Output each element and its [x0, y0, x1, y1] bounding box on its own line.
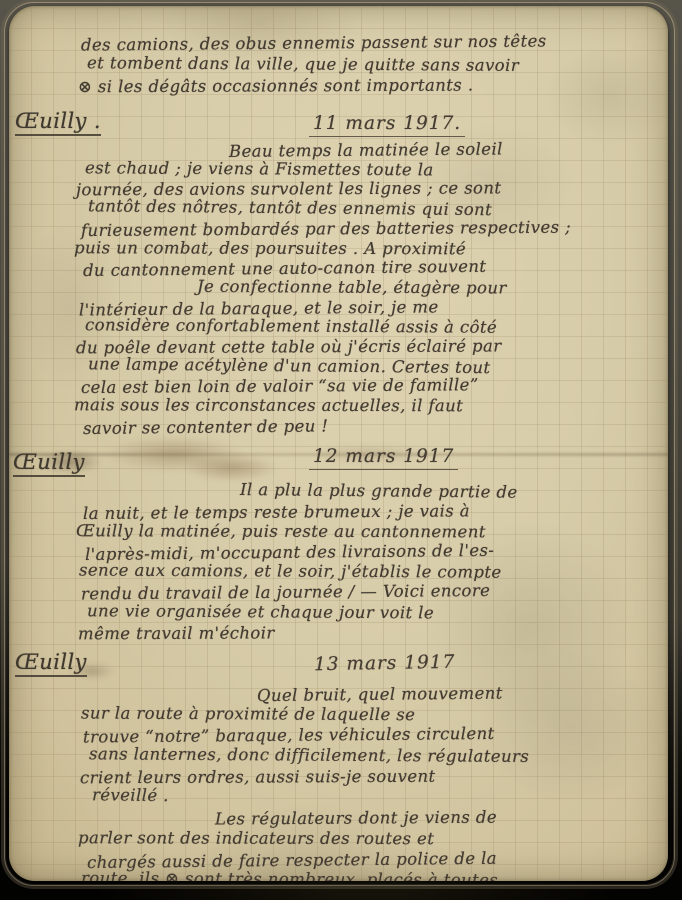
- entry-body: Il a plu la plus grande partie dela nuit…: [81, 482, 656, 643]
- handwritten-line: Les régulateurs dont je viens de: [215, 807, 658, 831]
- handwritten-line: Beau temps la matinée le soleil: [229, 138, 654, 161]
- margin-place-text: Œuilly .: [15, 109, 101, 136]
- stain: [184, 454, 279, 482]
- handwritten-line: route, ils ⊗ sont très nombreux, placés …: [81, 869, 658, 881]
- margin-place-text: Œuilly: [13, 450, 85, 477]
- margin-place-label: Œuilly: [15, 650, 87, 677]
- continuation-text: des camions, des obus ennemis passent su…: [81, 32, 656, 97]
- date-heading: 13 mars 1917: [314, 652, 456, 675]
- date-heading: 12 mars 1917: [309, 446, 458, 467]
- handwritten-line: Quel bruit, quel mouvement: [257, 682, 658, 707]
- margin-place-label: Œuilly: [13, 450, 85, 477]
- handwritten-line: même travail m'échoir: [78, 621, 656, 644]
- margin-place-label: Œuilly .: [15, 109, 101, 136]
- handwritten-line: et tombent dans la ville, que je quitte …: [87, 52, 656, 77]
- date-text: 12 mars 1917: [309, 446, 458, 470]
- margin-place-text: Œuilly: [15, 650, 87, 677]
- handwritten-line: ⊗ si les dégâts occasionnés sont importa…: [78, 74, 656, 98]
- handwritten-line: sans lanternes, donc difficilement, les …: [89, 744, 658, 768]
- date-text: 13 mars 1917: [314, 652, 456, 675]
- notebook-page: des camions, des obus ennemis passent su…: [9, 6, 668, 881]
- date-heading: 11 mars 1917.: [309, 113, 465, 134]
- handwritten-line: savoir se contenter de peu !: [83, 413, 654, 439]
- date-text: 11 mars 1917.: [309, 113, 465, 137]
- entry-body: Quel bruit, quel mouvementsur la route à…: [83, 684, 658, 881]
- handwritten-line: furieusement bombardés par des batteries…: [81, 217, 654, 241]
- handwritten-line: une vie organisée et chaque jour voit le: [87, 601, 656, 625]
- entry-body: Beau temps la matinée le soleilest chaud…: [79, 140, 654, 436]
